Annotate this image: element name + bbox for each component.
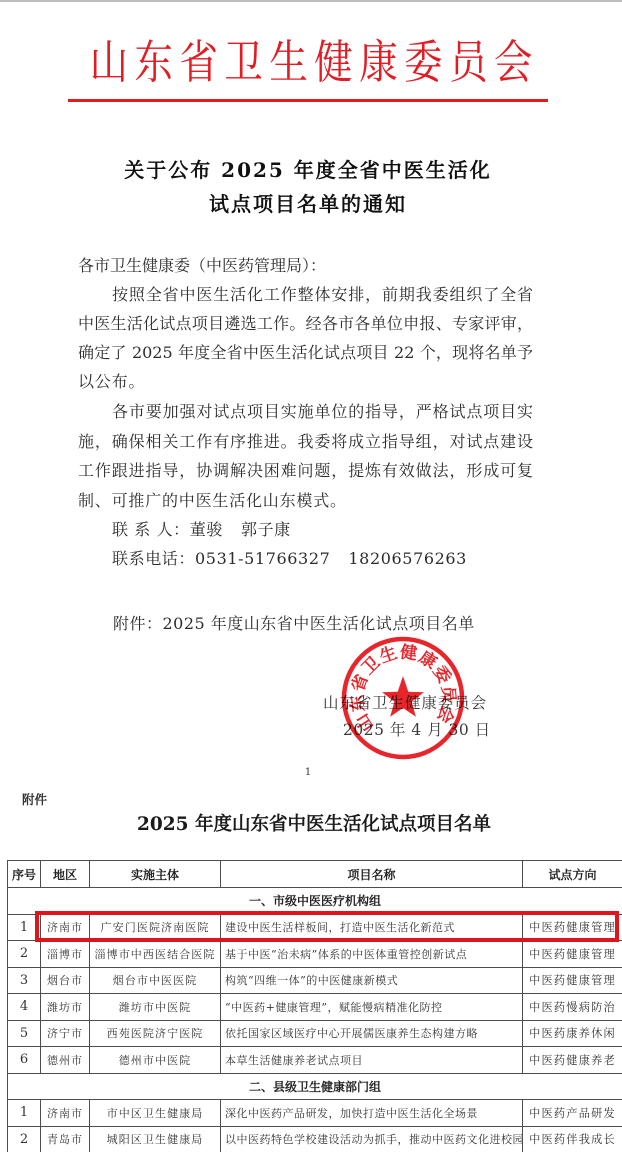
paragraph-2-line-4: 制、可推广的中医生活化山东模式。	[78, 486, 347, 515]
table-row: 4 潍坊市 潍坊市中医院 “中医药+健康管理”，赋能慢病精准化防控 中医药慢病防…	[8, 994, 622, 1021]
cell-region: 淄博市	[41, 941, 90, 968]
official-seal-icon: 山东省卫生健康委员会	[333, 628, 473, 768]
table-header-row: 序号 地区 实施主体 项目名称 试点方向	[8, 861, 622, 888]
cell-project: 本草生活健康养老试点项目	[221, 1047, 523, 1074]
cell-entity: 市中区卫生健康局	[90, 1100, 221, 1127]
cell-project: “中医药+健康管理”，赋能慢病精准化防控	[221, 994, 523, 1021]
paragraph-1-line-4: 以公布。	[78, 367, 145, 396]
paragraph-1-line-3: 确定了 2025 年度全省中医生活化试点项目 22 个，现将名单予	[78, 338, 533, 367]
column-header-project: 项目名称	[221, 861, 523, 888]
cell-no: 2	[8, 941, 41, 968]
column-header-no: 序号	[8, 861, 41, 888]
table-row: 2 青岛市 城阳区卫生健康局 以中医药特色学校建设活动为抓手，推动中医药文化进校…	[8, 1126, 622, 1152]
annex-label: 附件	[22, 792, 47, 808]
cell-entity: 烟台市中医医院	[90, 967, 221, 994]
cell-project: 深化中医药产品研发，加快打造中医生活化全场景	[221, 1100, 523, 1127]
contact-phone-label: 联系电话：	[112, 549, 195, 568]
cell-direction: 中医药慢病防治	[523, 994, 622, 1021]
cell-project: 基于中医“治未病”体系的中医体重管控创新试点	[221, 941, 523, 968]
column-header-region: 地区	[41, 861, 90, 888]
section-title: 一、市级中医医疗机构组	[8, 888, 622, 915]
cell-entity: 淄博市中西医结合医院	[90, 941, 221, 968]
table-row: 5 济宁市 西苑医院济宁医院 依托国家区域医疗中心开展儒医康养生态构建方略 中医…	[8, 1020, 622, 1047]
table-row: 1 济南市 市中区卫生健康局 深化中医药产品研发，加快打造中医生活化全场景 中医…	[8, 1100, 622, 1127]
contact-person-2: 郭子康	[241, 520, 291, 539]
contact-persons: 联 系 人：董骏郭子康	[112, 515, 291, 544]
cell-project: 依托国家区域医疗中心开展儒医康养生态构建方略	[221, 1020, 523, 1047]
cell-project: 建设中医生活样板间，打造中医生活化新范式	[221, 914, 523, 941]
cell-entity: 城阳区卫生健康局	[90, 1126, 221, 1152]
cell-direction: 中医药健康管理	[523, 967, 622, 994]
cell-direction: 中医药康养休闲	[523, 1020, 622, 1047]
contact-person-label: 联 系 人：	[112, 520, 190, 539]
cell-no: 4	[8, 994, 41, 1021]
page-number: 1	[302, 766, 314, 780]
cell-region: 潍坊市	[41, 994, 90, 1021]
table-row: 6 德州市 德州市中医院 本草生活健康养老试点项目 中医药健康养老	[8, 1047, 622, 1074]
column-header-direction: 试点方向	[523, 861, 622, 888]
cell-region: 济宁市	[41, 1020, 90, 1047]
letterhead-title: 山东省卫生健康委员会	[50, 37, 572, 89]
contact-phone-1: 0531-51766327	[195, 549, 330, 568]
salutation: 各市卫生健康委（中医药管理局）：	[78, 251, 326, 280]
cell-no: 1	[8, 914, 41, 941]
cell-no: 1	[8, 1100, 41, 1127]
cell-region: 济南市	[41, 914, 90, 941]
document-page: 山东省卫生健康委员会 关于公布 2025 年度全省中医生活化 试点项目名单的通知…	[0, 0, 622, 1152]
pilot-project-table: 序号 地区 实施主体 项目名称 试点方向 一、市级中医医疗机构组 1 济南市 广…	[7, 860, 622, 1152]
cell-direction: 中医药健康管理	[523, 941, 622, 968]
paragraph-2-line-1: 各市要加强对试点项目实施单位的指导，严格试点项目实	[78, 397, 533, 426]
seal-star-icon	[382, 676, 424, 717]
cell-project: 构筑“四维一体”的中医健康新模式	[221, 967, 523, 994]
cell-entity: 西苑医院济宁医院	[90, 1020, 221, 1047]
contact-person-1: 董骏	[190, 520, 223, 539]
column-header-entity: 实施主体	[90, 861, 221, 888]
table-section-row: 二、县级卫生健康部门组	[8, 1073, 622, 1100]
notice-title-line-2: 试点项目名单的通知	[0, 190, 616, 218]
paragraph-2-line-3: 工作跟进指导，协调解决困难问题，提炼有效做法，形成可复	[78, 456, 533, 485]
cell-entity: 广安门医院济南医院	[90, 914, 221, 941]
cell-no: 5	[8, 1020, 41, 1047]
table-row: 1 济南市 广安门医院济南医院 建设中医生活样板间，打造中医生活化新范式 中医药…	[8, 914, 622, 941]
cell-region: 济南市	[41, 1100, 90, 1127]
annex-title: 2025 年度山东省中医生活化试点项目名单	[0, 812, 622, 838]
contact-phone-2: 18206576263	[348, 549, 467, 568]
cell-project: 以中医药特色学校建设活动为抓手，推动中医药文化进校园	[221, 1126, 523, 1152]
paragraph-1-line-1: 按照全省中医生活化工作整体安排，前期我委组织了全省	[78, 280, 533, 309]
cell-region: 青岛市	[41, 1126, 90, 1152]
cell-direction: 中医药产品研发	[523, 1100, 622, 1127]
notice-title-line-1: 关于公布 2025 年度全省中医生活化	[0, 156, 616, 184]
letterhead-red-rule	[68, 99, 548, 102]
cell-region: 烟台市	[41, 967, 90, 994]
paragraph-2-line-2: 施，确保相关工作有序推进。我委将成立指导组，对试点建设	[78, 427, 533, 456]
cell-entity: 德州市中医院	[90, 1047, 221, 1074]
cell-no: 3	[8, 967, 41, 994]
cell-direction: 中医药健康管理	[523, 914, 622, 941]
cell-direction: 中医药伴我成长	[523, 1126, 622, 1152]
contact-phones: 联系电话：0531-5176632718206576263	[112, 544, 467, 573]
cell-no: 2	[8, 1126, 41, 1152]
cell-region: 德州市	[41, 1047, 90, 1074]
table-row: 3 烟台市 烟台市中医医院 构筑“四维一体”的中医健康新模式 中医药健康管理	[8, 967, 622, 994]
paragraph-1-line-2: 中医生活化试点项目遴选工作。经各市各单位申报、专家评审，	[78, 309, 533, 338]
section-title: 二、县级卫生健康部门组	[8, 1073, 622, 1100]
cell-entity: 潍坊市中医院	[90, 994, 221, 1021]
table-row: 2 淄博市 淄博市中西医结合医院 基于中医“治未病”体系的中医体重管控创新试点 …	[8, 941, 622, 968]
cell-direction: 中医药健康养老	[523, 1047, 622, 1074]
table-section-row: 一、市级中医医疗机构组	[8, 888, 622, 915]
cell-no: 6	[8, 1047, 41, 1074]
